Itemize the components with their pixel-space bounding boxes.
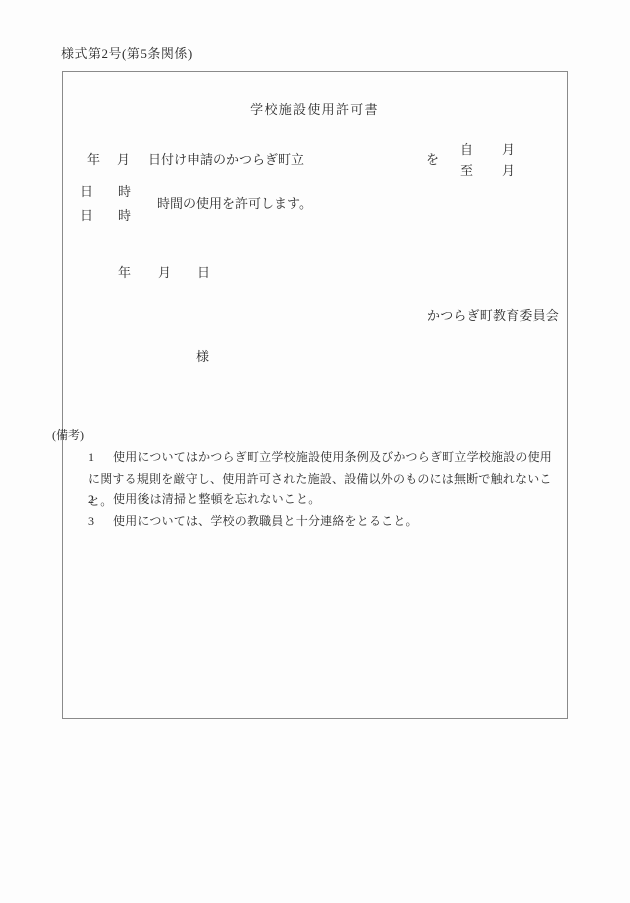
period-to-label: 至 bbox=[460, 163, 473, 178]
note-item-1-number: 1 bbox=[88, 446, 113, 468]
time-hour2-label: 時 bbox=[118, 208, 131, 223]
note-item-2: 2使用後は清掃と整頓を忘れないこと。 bbox=[88, 488, 320, 510]
note-item-3: 3使用については、学校の教職員と十分連絡をとること。 bbox=[88, 510, 418, 532]
time-day1-label: 日 bbox=[80, 184, 93, 199]
issue-date-month-label: 月 bbox=[158, 265, 171, 280]
permit-sentence: 時間の使用を許可します。 bbox=[157, 196, 312, 211]
time-hour1-label: 時 bbox=[118, 184, 131, 199]
document-border-box bbox=[62, 71, 568, 719]
note-item-3-text: 使用については、学校の教職員と十分連絡をとること。 bbox=[113, 514, 418, 528]
period-to-month-label: 月 bbox=[502, 163, 515, 178]
application-text: 日付け申請のかつらぎ町立 bbox=[148, 152, 304, 167]
document-title: 学校施設使用許可書 bbox=[62, 102, 567, 117]
issuer-name: かつらぎ町教育委員会 bbox=[427, 308, 559, 323]
period-from-label: 自 bbox=[460, 142, 473, 157]
application-month-label: 月 bbox=[117, 152, 130, 167]
note-item-2-text: 使用後は清掃と整頓を忘れないこと。 bbox=[113, 492, 320, 506]
issue-date-year-label: 年 bbox=[118, 265, 131, 280]
time-day2-label: 日 bbox=[80, 208, 93, 223]
document-page: 様式第2号(第5条関係) 学校施設使用許可書 年 月 日付け申請のかつらぎ町立 … bbox=[0, 0, 630, 903]
particle-wo: を bbox=[426, 152, 439, 167]
addressee-suffix: 様 bbox=[196, 349, 209, 364]
period-from-month-label: 月 bbox=[502, 142, 515, 157]
issue-date-day-label: 日 bbox=[197, 265, 210, 280]
note-item-2-number: 2 bbox=[88, 488, 113, 510]
notes-heading: (備考) bbox=[52, 428, 84, 442]
form-number-label: 様式第2号(第5条関係) bbox=[61, 46, 193, 61]
note-item-3-number: 3 bbox=[88, 510, 113, 532]
application-year-label: 年 bbox=[87, 152, 100, 167]
